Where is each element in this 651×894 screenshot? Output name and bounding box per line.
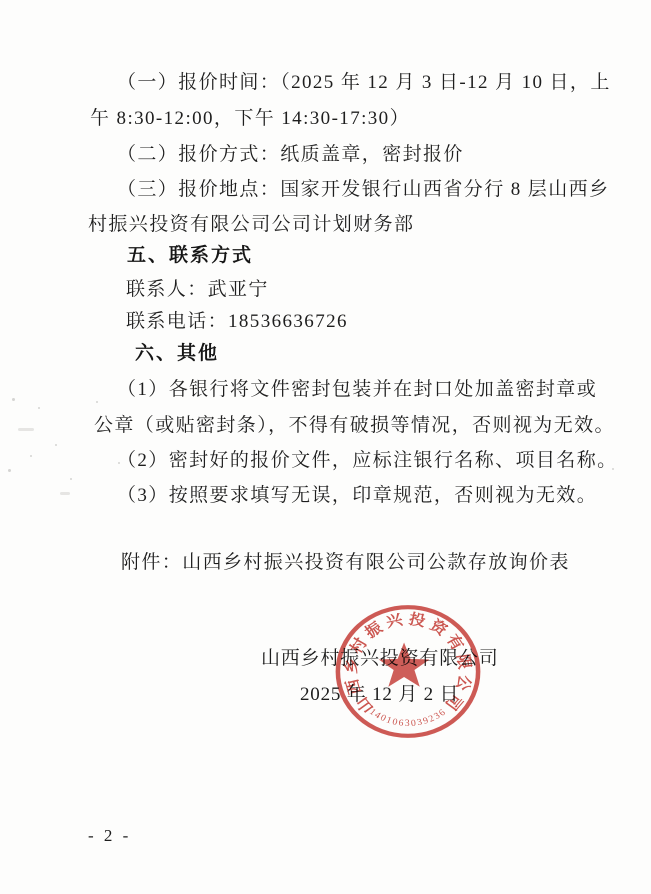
paragraph-quote-method: （二）报价方式：纸质盖章，密封报价 <box>117 139 464 166</box>
seal-star-icon <box>379 643 430 687</box>
scan-noise-smear <box>18 428 34 431</box>
scan-noise-speck <box>30 455 32 457</box>
attachment-line: 附件：山西乡村振兴投资有限公司公款存放询价表 <box>121 547 570 574</box>
company-seal: 山西乡村振兴投资有限公司 1401063039236 <box>329 599 487 744</box>
paragraph-other-3: （3）按照要求填写无误，印章规范，否则视为无效。 <box>117 480 597 507</box>
svg-text:1401063039236: 1401063039236 <box>367 707 449 729</box>
scan-noise-speck <box>70 478 72 480</box>
paragraph-quote-time-2: 午 8:30-12:00，下午 14:30-17:30） <box>90 103 410 130</box>
scan-noise-speck <box>612 468 614 470</box>
heading-other: 六、其他 <box>135 338 219 365</box>
scan-noise-speck <box>38 407 40 409</box>
paragraph-other-1b: 公章（或贴密封条），不得有破损等情况，否则视为无效。 <box>94 410 615 437</box>
scan-noise-smear <box>60 492 70 495</box>
company-seal-graphic: 山西乡村振兴投资有限公司 1401063039236 <box>329 599 487 744</box>
paragraph-other-1a: （1）各银行将文件密封包装并在封口处加盖密封章或 <box>117 374 597 401</box>
heading-contact: 五、联系方式 <box>127 240 253 267</box>
paragraph-quote-place-1: （三）报价地点：国家开发银行山西省分行 8 层山西乡 <box>117 174 609 201</box>
scan-noise-speck <box>8 469 11 472</box>
scan-noise-speck <box>96 401 98 403</box>
paragraph-other-2: （2）密封好的报价文件，应标注银行名称、项目名称。 <box>117 445 618 472</box>
scan-noise-speck <box>12 398 15 401</box>
seal-number-text: 1401063039236 <box>367 707 449 729</box>
contact-person-line: 联系人：武亚宁 <box>126 274 269 301</box>
scan-noise-speck <box>530 416 532 418</box>
contact-phone-line: 联系电话：18536636726 <box>126 306 348 333</box>
scan-noise-speck <box>55 444 57 446</box>
paragraph-quote-time-1: （一）报价时间：（2025 年 12 月 3 日-12 月 10 日，上 <box>117 67 611 94</box>
scanned-document-page: （一）报价时间：（2025 年 12 月 3 日-12 月 10 日，上 午 8… <box>0 0 651 894</box>
scan-noise-speck <box>118 462 120 464</box>
paragraph-quote-place-2: 村振兴投资有限公司公司计划财务部 <box>88 209 414 236</box>
page-number: - 2 - <box>88 826 131 846</box>
